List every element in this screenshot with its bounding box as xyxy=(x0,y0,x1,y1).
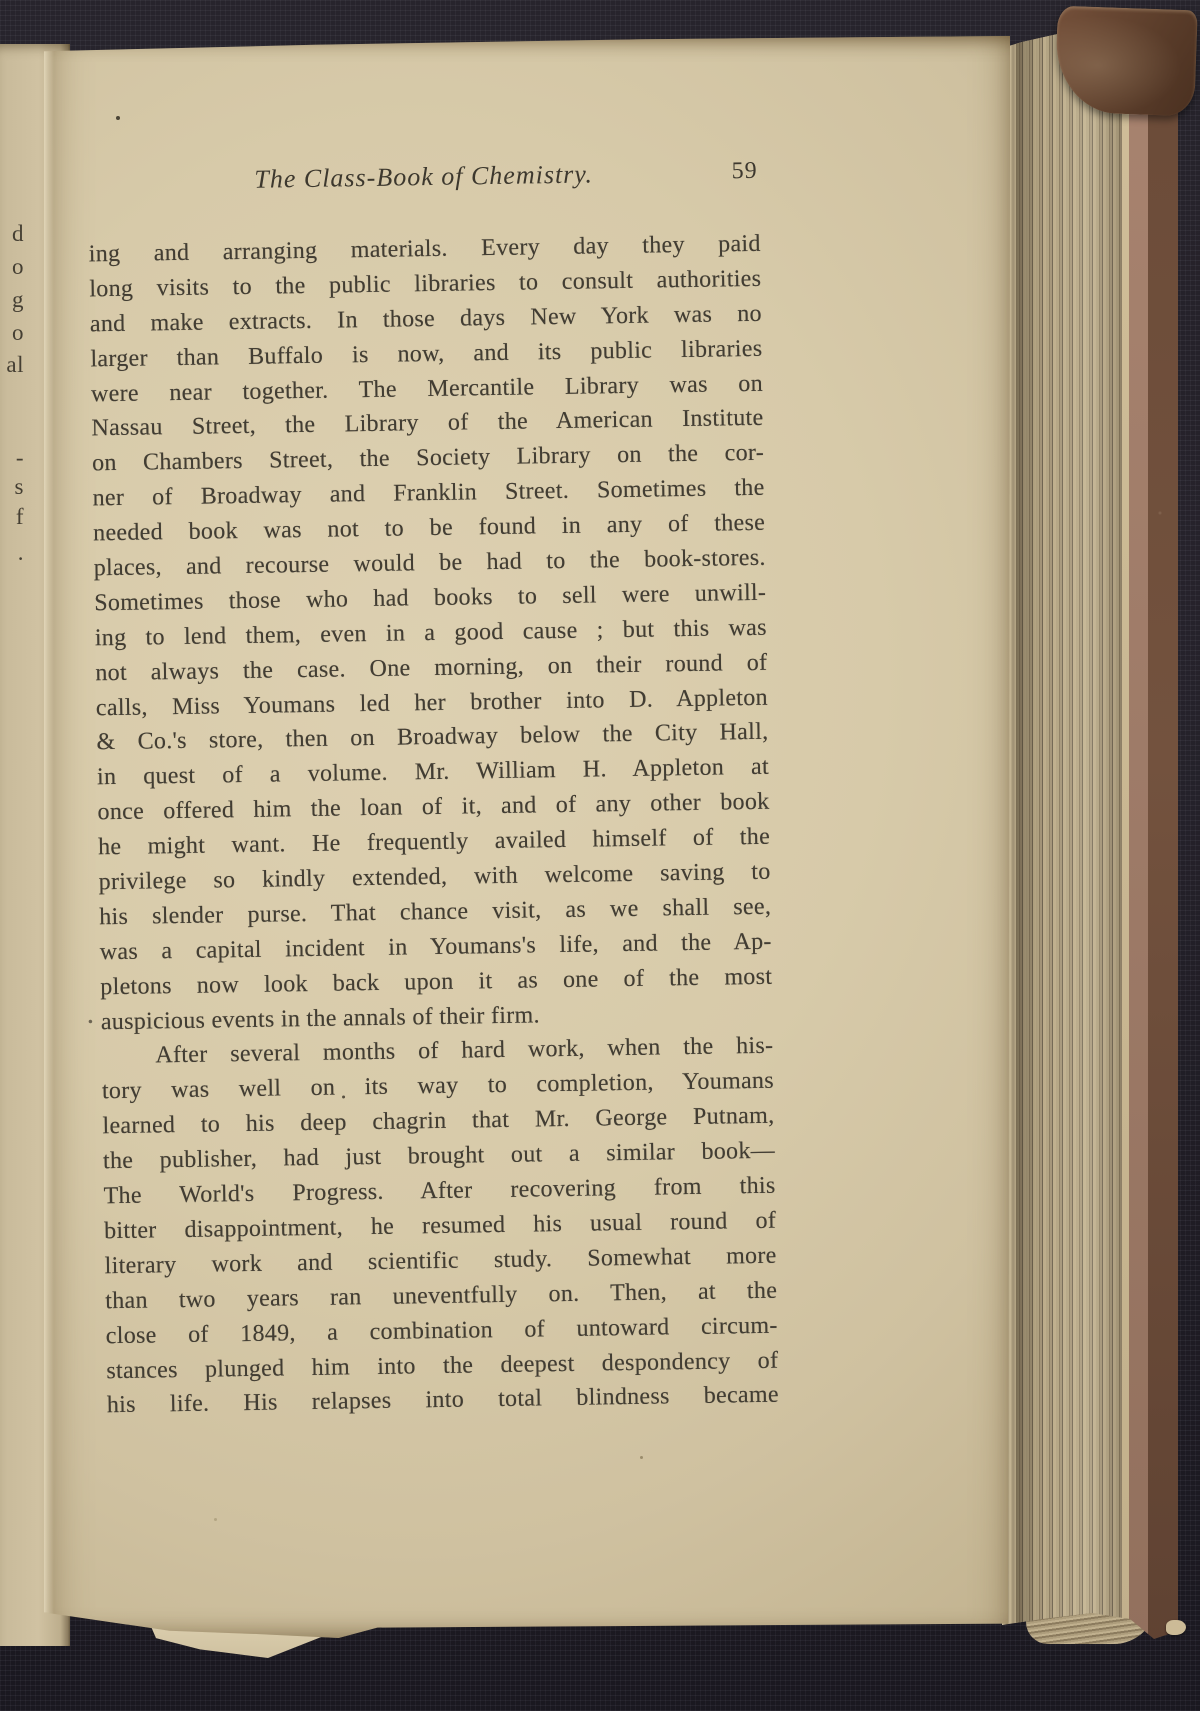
page-number: 59 xyxy=(731,158,757,185)
dust-speck xyxy=(116,116,120,120)
left-page-text-fragment: f xyxy=(16,505,24,528)
left-page-text-fragment: al xyxy=(6,353,24,376)
book-fore-edge-group xyxy=(1002,18,1178,1668)
running-head-title: The Class-Book of Chemistry. xyxy=(87,157,759,198)
dust-speck xyxy=(214,1518,217,1521)
left-page-text-fragment: d xyxy=(12,222,24,245)
ink-speck xyxy=(342,1095,345,1098)
left-page-text-fragment: - xyxy=(16,446,24,469)
printed-text-area: The Class-Book of Chemistry. 59 ing and … xyxy=(85,31,782,1643)
book-page: The Class-Book of Chemistry. 59 ing and … xyxy=(44,36,1010,1638)
margin-printing-mark: • xyxy=(88,1014,94,1031)
page-deckle-edge xyxy=(44,36,54,1638)
cover-board-edge xyxy=(1148,18,1178,1668)
left-page-text-fragment: s xyxy=(15,475,24,498)
left-page-text-fragment: g xyxy=(12,288,24,311)
left-page-text-fragment: . xyxy=(18,541,24,564)
fore-edge-light-pages xyxy=(1122,18,1129,1668)
photo-scene: d o g o al - s f . The Class-Book of Che… xyxy=(0,0,1200,1711)
body-text: ing and arranging materials. Every day t… xyxy=(89,227,780,1424)
endpaper-strip xyxy=(1129,18,1148,1668)
dust-speck xyxy=(640,1456,643,1459)
running-head: The Class-Book of Chemistry. 59 xyxy=(87,157,759,202)
fore-edge-pages xyxy=(1016,18,1122,1668)
left-page-text-fragment: o xyxy=(12,255,24,278)
left-page-text-fragment: o xyxy=(12,321,24,344)
